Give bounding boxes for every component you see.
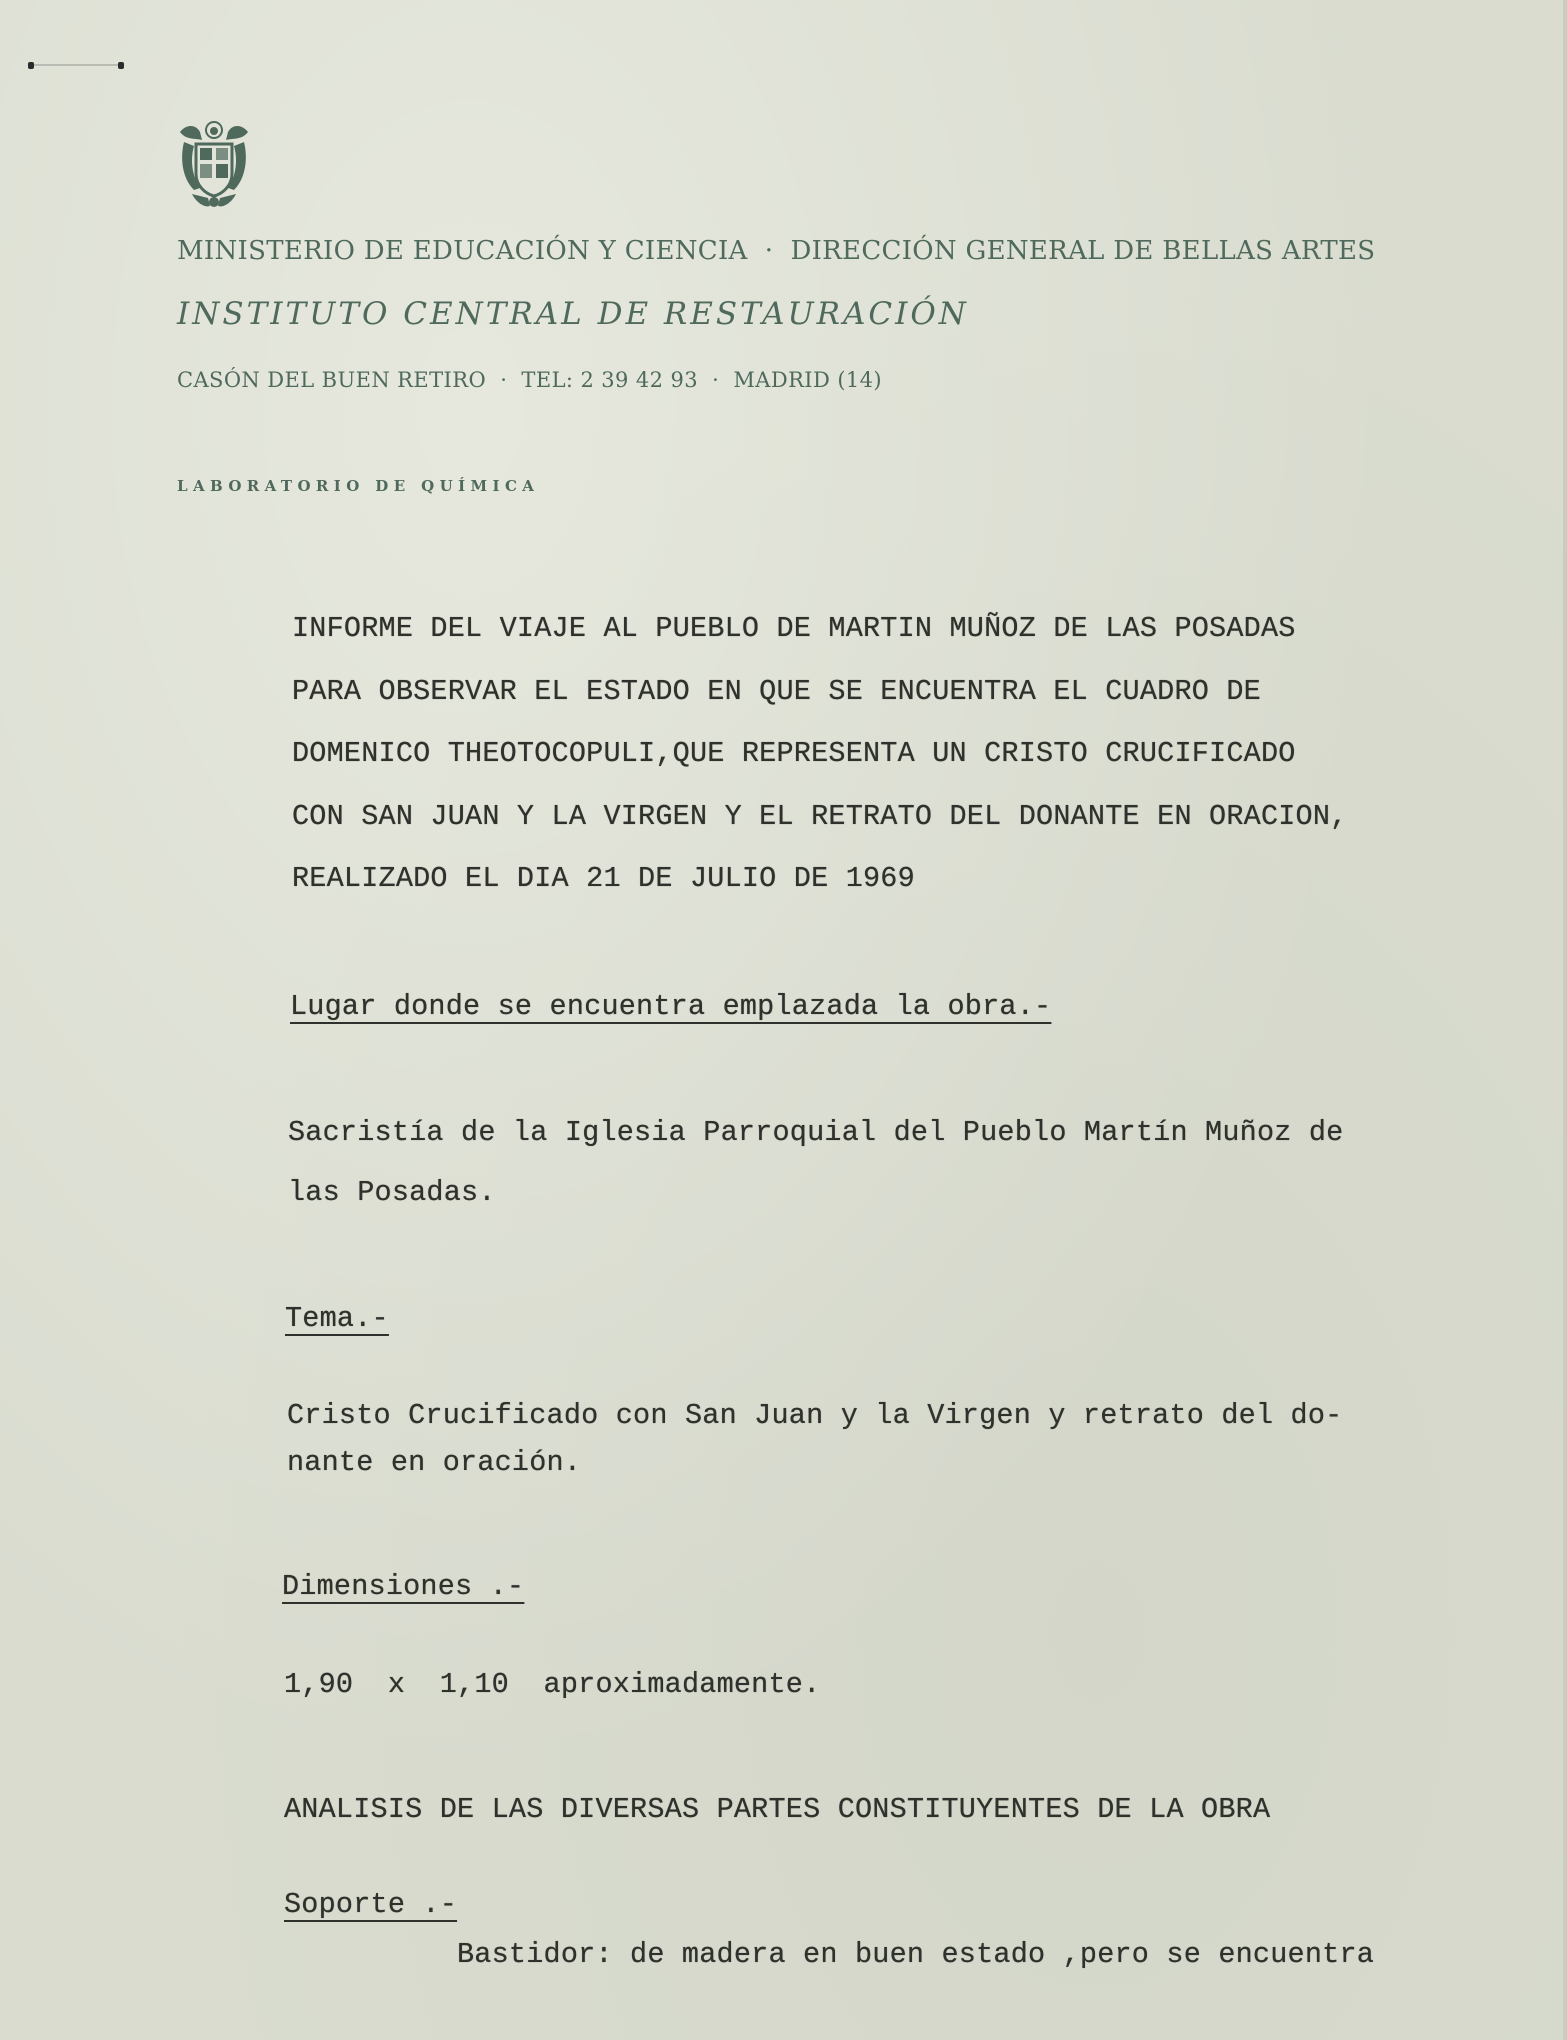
report-title-line-3: DOMENICO THEOTOCOPULI,QUE REPRESENTA UN … bbox=[292, 737, 1296, 770]
report-title-line-1: INFORME DEL VIAJE AL PUEBLO DE MARTIN MU… bbox=[292, 612, 1296, 645]
theme-text-line-2: nante en oración. bbox=[287, 1446, 581, 1479]
dimensions-heading: Dimensiones .- bbox=[282, 1570, 524, 1603]
location-text-line-2: las Posadas. bbox=[288, 1176, 496, 1209]
location-text-line-1: Sacristía de la Iglesia Parroquial del P… bbox=[288, 1116, 1343, 1149]
page-edge bbox=[1563, 0, 1567, 2040]
institute-name: INSTITUTO CENTRAL DE RESTAURACIÓN bbox=[177, 296, 969, 332]
department-name: LABORATORIO DE QUÍMICA bbox=[177, 477, 539, 495]
report-title-line-4: CON SAN JUAN Y LA VIRGEN Y EL RETRATO DE… bbox=[292, 800, 1347, 833]
staple-mark bbox=[28, 62, 124, 68]
support-heading: Soporte .- bbox=[284, 1888, 457, 1921]
report-title-line-2: PARA OBSERVAR EL ESTADO EN QUE SE ENCUEN… bbox=[292, 675, 1261, 708]
address-line: CASÓN DEL BUEN RETIRO · TEL: 2 39 42 93 … bbox=[177, 368, 882, 392]
analysis-heading: ANALISIS DE LAS DIVERSAS PARTES CONSTITU… bbox=[284, 1793, 1270, 1826]
dimensions-value: 1,90 x 1,10 aproximadamente. bbox=[284, 1668, 820, 1701]
ministry-line: MINISTERIO DE EDUCACIÓN Y CIENCIA · DIRE… bbox=[177, 236, 1375, 266]
coat-of-arms-icon bbox=[176, 118, 252, 214]
theme-text-line-1: Cristo Crucificado con San Juan y la Vir… bbox=[287, 1399, 1342, 1432]
location-heading: Lugar donde se encuentra emplazada la ob… bbox=[290, 990, 1051, 1023]
support-text-line-1: Bastidor: de madera en buen estado ,pero… bbox=[457, 1938, 1374, 1971]
report-title-line-5: REALIZADO EL DIA 21 DE JULIO DE 1969 bbox=[292, 862, 915, 895]
theme-heading: Tema.- bbox=[285, 1302, 389, 1335]
